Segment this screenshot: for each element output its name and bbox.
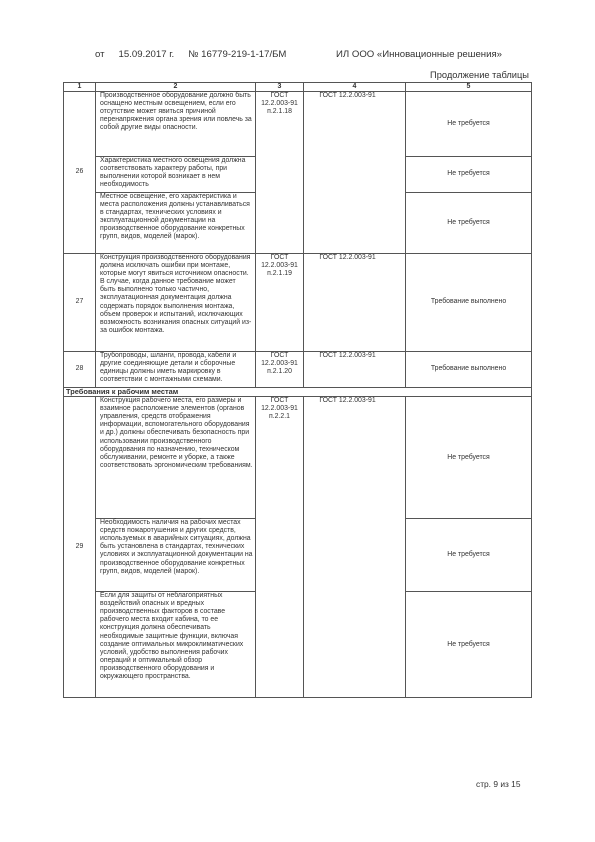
clause-reference: ГОСТ 12.2.003-91 п.2.1.20 [256, 352, 304, 388]
document-date-number: от15.09.2017 г.№ 16779-219-1-17/БМ [95, 49, 286, 60]
table-row: 29 Конструкция рабочего места, его разме… [64, 397, 532, 519]
check-result: Не требуется [406, 193, 532, 254]
clause-reference: ГОСТ 12.2.003-91 п.2.2.1 [256, 397, 304, 698]
column-header: 2 [96, 83, 256, 92]
requirement-text: Характеристика местного освещения должна… [96, 157, 256, 193]
requirement-text: Если для защиты от неблагоприятных возде… [96, 592, 256, 698]
table-row: 26 Производственное оборудование должно … [64, 92, 532, 157]
page-number: стр. 9 из 15 [476, 779, 520, 789]
document-number: № 16779-219-1-17/БМ [188, 49, 286, 60]
section-title: Требования к рабочим местам [64, 388, 532, 397]
check-result: Не требуется [406, 92, 532, 157]
standard-reference: ГОСТ 12.2.003-91 [304, 254, 406, 352]
table-header-row: 1 2 3 4 5 [64, 83, 532, 92]
check-result: Не требуется [406, 592, 532, 698]
column-header: 4 [304, 83, 406, 92]
table-row: 27 Конструкция производственного оборудо… [64, 254, 532, 352]
section-header-row: Требования к рабочим местам [64, 388, 532, 397]
requirement-text: Конструкция рабочего места, его размеры … [96, 397, 256, 519]
requirement-text: Трубопроводы, шланги, провода, кабели и … [96, 352, 256, 388]
row-number: 27 [64, 254, 96, 352]
table-continuation-label: Продолжение таблицы [430, 70, 529, 80]
document-date: 15.09.2017 г. [119, 49, 175, 60]
requirement-text: Местное освещение, его характеристика и … [96, 193, 256, 254]
check-result: Требование выполнено [406, 352, 532, 388]
row-number: 26 [64, 92, 96, 254]
organization-name: ИЛ ООО «Инновационные решения» [336, 49, 502, 60]
column-header: 3 [256, 83, 304, 92]
date-prefix: от [95, 49, 105, 60]
row-number: 29 [64, 397, 96, 698]
column-header: 1 [64, 83, 96, 92]
check-result: Не требуется [406, 397, 532, 519]
check-result: Не требуется [406, 519, 532, 592]
requirement-text: Производственное оборудование должно быт… [96, 92, 256, 157]
requirements-table: 1 2 3 4 5 26 Производственное оборудован… [63, 82, 532, 698]
standard-reference: ГОСТ 12.2.003-91 [304, 352, 406, 388]
requirement-text: Конструкция производственного оборудован… [96, 254, 256, 352]
row-number: 28 [64, 352, 96, 388]
clause-reference: ГОСТ 12.2.003-91 п.2.1.19 [256, 254, 304, 352]
clause-reference: ГОСТ 12.2.003-91 п.2.1.18 [256, 92, 304, 254]
standard-reference: ГОСТ 12.2.003-91 [304, 397, 406, 698]
requirement-text: Необходимость наличия на рабочих местах … [96, 519, 256, 592]
check-result: Требование выполнено [406, 254, 532, 352]
table-row: 28 Трубопроводы, шланги, провода, кабели… [64, 352, 532, 388]
standard-reference: ГОСТ 12.2.003-91 [304, 92, 406, 254]
column-header: 5 [406, 83, 532, 92]
check-result: Не требуется [406, 157, 532, 193]
